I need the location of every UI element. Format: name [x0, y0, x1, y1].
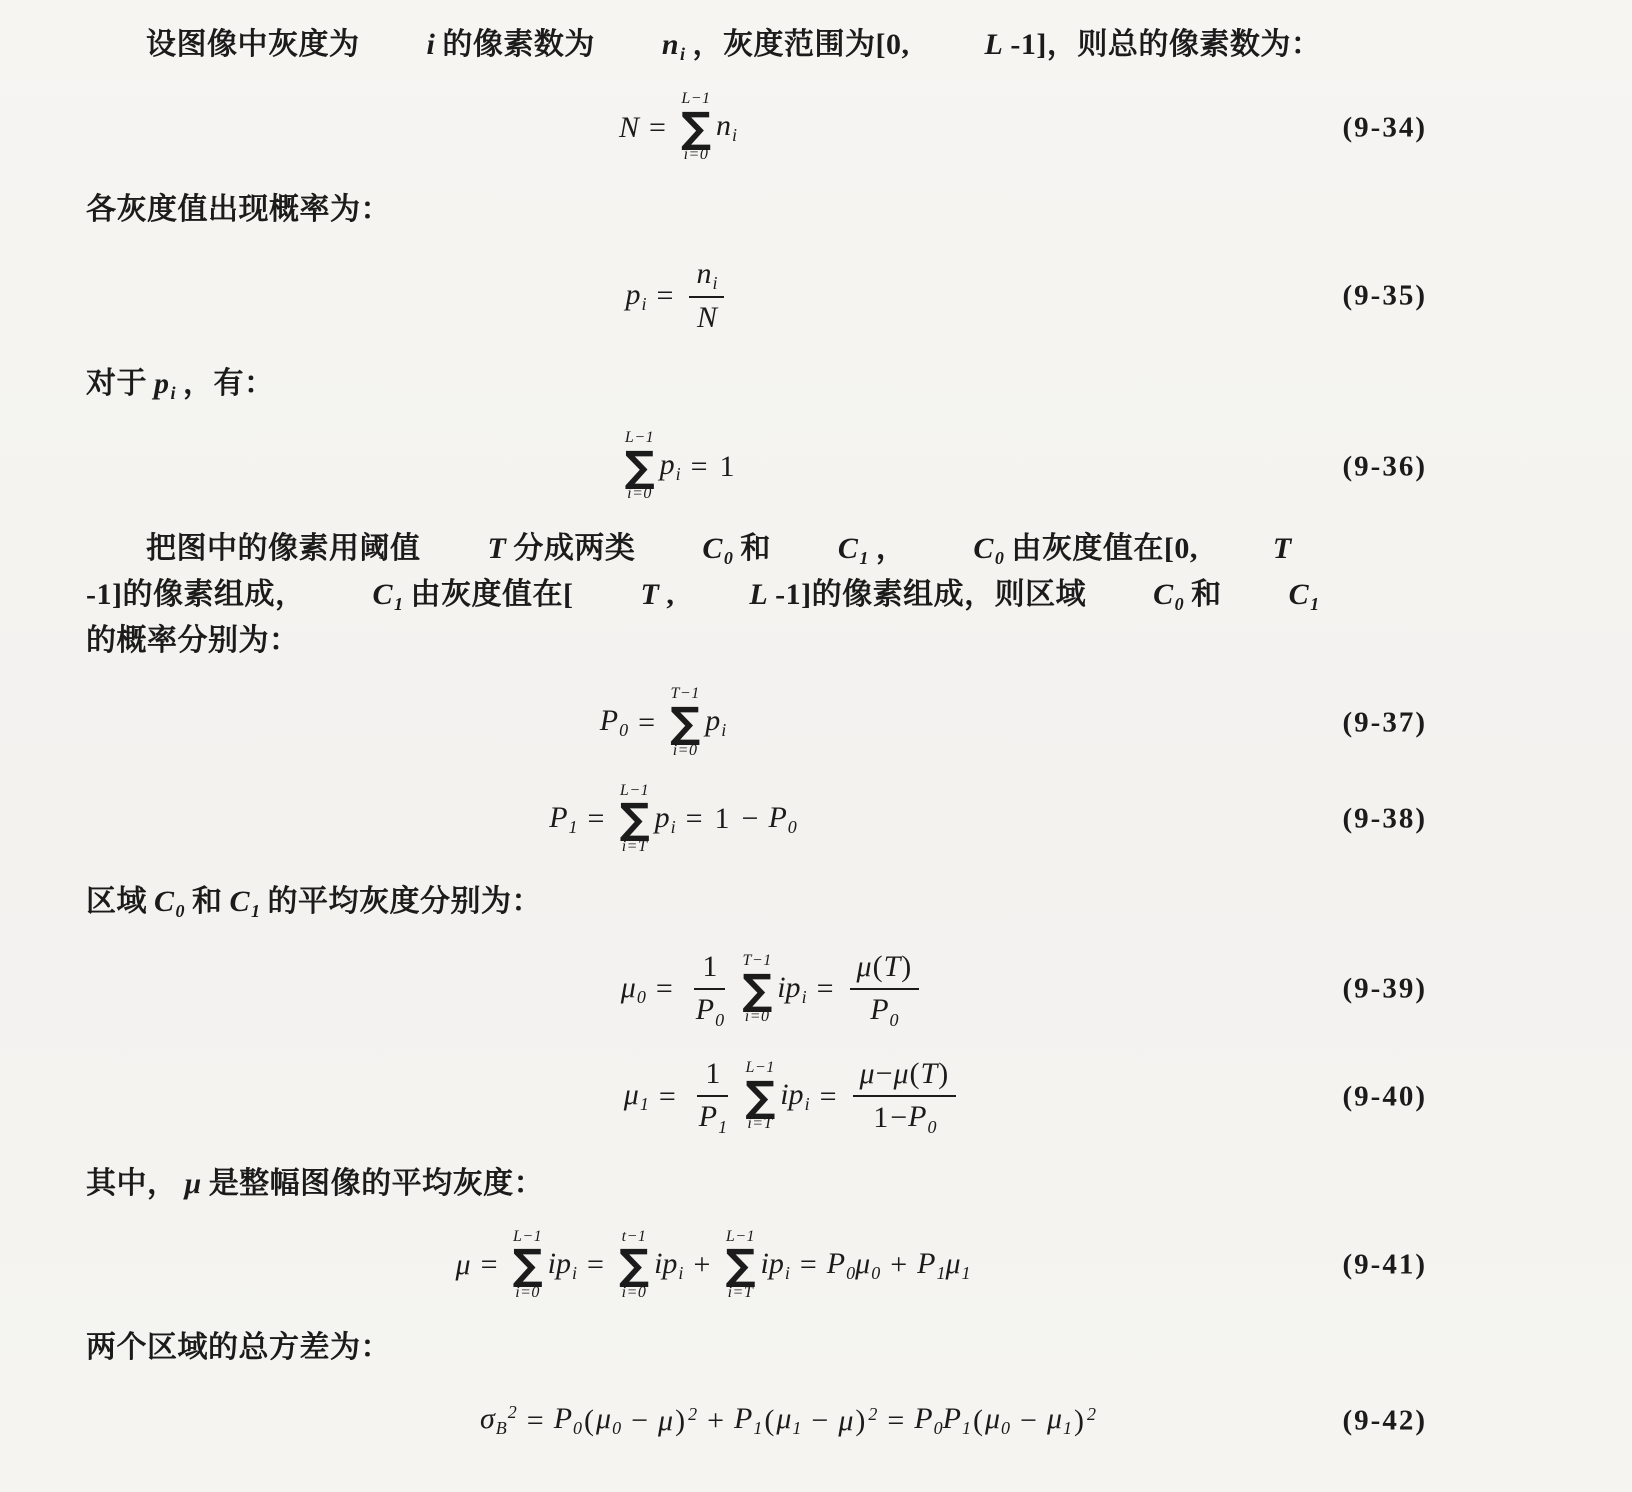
paragraph-overall-mean-intro: 其中，μ是整幅图像的平均灰度：: [84, 1161, 1502, 1206]
text-run: 设图像中灰度为: [146, 28, 360, 61]
summation-symbol: L−1∑i=T: [725, 1228, 755, 1303]
variable-subscript: 1: [962, 1418, 971, 1438]
variable-base: P: [870, 993, 888, 1026]
sigma-icon: ∑: [670, 704, 700, 742]
text-run: =: [817, 972, 834, 1006]
math-variable: 2: [687, 1404, 697, 1438]
superscript: 2: [1087, 1404, 1096, 1424]
math-variable: P1: [549, 801, 577, 838]
math-variable: L: [689, 572, 768, 617]
variable-base: ip: [761, 1247, 784, 1280]
sigma-icon: ∑: [619, 800, 649, 838]
variable-base: μ: [860, 1057, 875, 1090]
text-run: 1: [720, 450, 735, 484]
math-variable: μ: [838, 1404, 853, 1438]
text-run: +: [707, 1404, 724, 1438]
sigma-icon: ∑: [725, 1246, 755, 1284]
equation-row-9-38: P1=L−1∑i=Tpi=1−P0(9-38): [84, 782, 1502, 857]
variable-subscript: i: [676, 464, 681, 484]
sum-lower-limit: i=0: [745, 1008, 770, 1026]
equation-number: (9-42): [1343, 1404, 1427, 1437]
superscript: 2: [868, 1404, 877, 1424]
variable-base: P: [917, 1247, 935, 1280]
variable-base: N: [697, 301, 717, 334]
text-run: =: [887, 1404, 904, 1438]
text-run: ): [901, 947, 911, 988]
math-variable: μ1: [776, 1402, 801, 1439]
variable-base: T: [488, 532, 507, 565]
text-run: 是整幅图像的平均灰度：: [209, 1167, 545, 1200]
equation-row-9-39: μ0=1P0T−1∑i=0ipi=μ(T)P0(9-39): [84, 947, 1502, 1032]
variable-base: C: [1153, 578, 1174, 611]
variable-base: C: [838, 532, 859, 565]
variable-subscript: 0: [1001, 1418, 1010, 1438]
equation-number: (9-36): [1343, 450, 1427, 483]
math-variable: μ: [658, 1404, 673, 1438]
math-variable: pi: [655, 801, 676, 838]
math-variable: μ0: [596, 1402, 621, 1439]
text-run: -1]的像素组成，则区域: [775, 578, 1086, 611]
variable-base: μ: [596, 1402, 611, 1435]
variable-subscript: i: [171, 383, 177, 403]
variable-base: N: [619, 111, 639, 144]
variable-subscript: 0: [871, 1263, 880, 1283]
variable-subscript: 1: [640, 1094, 649, 1114]
variable-base: L: [985, 28, 1004, 61]
text-run: (: [873, 947, 883, 988]
sigma-icon: ∑: [619, 1246, 649, 1284]
equation-row-9-41: μ=L−1∑i=0ipi=t−1∑i=0ipi+L−1∑i=Tipi=P0μ0+…: [84, 1228, 1502, 1303]
math-variable: P1: [943, 1402, 971, 1439]
paragraph-for-pi: 对于pi，有：: [84, 361, 1502, 407]
variable-base: ip: [654, 1247, 677, 1280]
math-variable: P0: [914, 1402, 942, 1439]
variable-subscript: 0: [934, 1418, 943, 1438]
variable-base: P: [696, 993, 714, 1026]
text-run: 1: [873, 1098, 888, 1139]
summation-symbol: L−1∑i=0: [681, 90, 711, 165]
variable-subscript: 0: [573, 1418, 582, 1438]
sum-lower-limit: i=T: [747, 1115, 773, 1133]
math-variable: C1: [312, 572, 403, 618]
variable-base: P: [914, 1402, 932, 1435]
math-variable: μ: [185, 1161, 202, 1206]
variable-base: P: [827, 1247, 845, 1280]
math-variable: ni: [696, 254, 717, 296]
math-variable: P1: [699, 1097, 727, 1139]
fraction-denominator: 1−P0: [865, 1097, 943, 1139]
variable-base: C: [1289, 578, 1310, 611]
variable-base: p: [626, 278, 641, 311]
variable-subscript: i: [680, 44, 686, 64]
fraction: 1P0: [689, 947, 731, 1032]
paragraph-total-variance-intro: 两个区域的总方差为：: [84, 1325, 1502, 1370]
text-run: =: [686, 802, 703, 836]
variable-base: σ: [480, 1402, 495, 1435]
text-run: =: [691, 450, 708, 484]
math-variable: μ1: [1047, 1402, 1072, 1439]
summation-symbol: t−1∑i=0: [619, 1228, 649, 1303]
variable-subscript: i: [805, 1094, 810, 1114]
math-variable: P0: [696, 990, 724, 1032]
text-run: 把图中的像素用阈值: [146, 532, 421, 565]
text-run: 两个区域的总方差为：: [86, 1331, 391, 1364]
fraction: μ−μ(T)1−P0: [853, 1054, 957, 1139]
text-run: −: [876, 1054, 893, 1095]
variable-base: μ: [776, 1402, 791, 1435]
math-variable: P1: [917, 1247, 945, 1284]
equation-row-9-36: L−1∑i=0pi=1(9-36): [84, 429, 1502, 504]
summation-symbol: L−1∑i=T: [745, 1059, 775, 1134]
text-run: =: [820, 1080, 837, 1114]
variable-base: ip: [780, 1078, 803, 1111]
variable-subscript: 0: [724, 548, 734, 568]
variable-base: T: [921, 1057, 938, 1090]
fraction: niN: [689, 254, 724, 339]
text-run: =: [527, 1404, 544, 1438]
variable-base: P: [908, 1100, 926, 1133]
equation-number: (9-35): [1343, 280, 1427, 313]
fraction-numerator: ni: [689, 254, 724, 299]
equation-number: (9-38): [1343, 803, 1427, 836]
variable-subscript: 0: [995, 548, 1005, 568]
variable-base: n: [662, 28, 679, 61]
math-variable: σB2: [480, 1402, 517, 1439]
text-run: ): [675, 1404, 685, 1438]
paragraph-pixel-count-intro: 设图像中灰度为i的像素数为ni，灰度范围为[0, L-1]，则总的像素数为：: [84, 22, 1502, 68]
formula: N=L−1∑i=0ni: [619, 90, 737, 165]
math-variable: T: [581, 572, 660, 617]
variable-base: p: [655, 801, 670, 834]
math-variable: N: [619, 111, 639, 145]
variable-subscript: 0: [176, 901, 186, 921]
text-run: =: [588, 802, 605, 836]
variable-base: p: [660, 448, 675, 481]
sum-lower-limit: i=0: [673, 742, 698, 760]
text-run: 各灰度值出现概率为：: [86, 193, 391, 226]
text-run: =: [656, 972, 673, 1006]
variable-base: P: [734, 1402, 752, 1435]
math-variable: C1: [230, 879, 261, 925]
sigma-icon: ∑: [742, 971, 772, 1009]
formula: L−1∑i=0pi=1: [619, 429, 736, 504]
text-run: 对于: [86, 367, 147, 400]
text-run: =: [649, 111, 666, 145]
text-run: =: [481, 1248, 498, 1282]
math-variable: μ0: [621, 971, 646, 1008]
fraction-denominator: N: [690, 298, 724, 339]
text-run: −: [890, 1098, 907, 1139]
formula: μ0=1P0T−1∑i=0ipi=μ(T)P0: [621, 947, 926, 1032]
fraction-denominator: P0: [689, 990, 731, 1032]
variable-subscript: i: [785, 1263, 790, 1283]
math-variable: C0: [913, 526, 1004, 572]
variable-base: C: [230, 885, 251, 918]
math-variable: ni: [602, 22, 686, 68]
variable-subscript: 1: [251, 901, 261, 921]
math-variable: μ1: [624, 1078, 649, 1115]
math-variable: T: [1213, 526, 1292, 571]
text-run: −: [1020, 1404, 1037, 1438]
variable-subscript: 1: [1310, 594, 1320, 614]
variable-subscript: 0: [927, 1117, 936, 1137]
text-run: (: [764, 1404, 774, 1438]
variable-base: μ: [945, 1247, 960, 1280]
variable-subscript: i: [572, 1263, 577, 1283]
math-variable: pi: [705, 704, 726, 741]
variable-base: C: [372, 578, 393, 611]
math-variable: pi: [660, 448, 681, 485]
text-run: ): [1074, 1404, 1084, 1438]
math-variable: i: [367, 22, 436, 67]
sigma-icon: ∑: [512, 1246, 542, 1284]
text-run: (: [584, 1404, 594, 1438]
math-variable: P1: [734, 1402, 762, 1439]
math-variable: C1: [778, 526, 869, 572]
text-run: 由灰度值在[0,: [1011, 532, 1206, 565]
math-variable: P0: [554, 1402, 582, 1439]
fraction-denominator: P1: [692, 1097, 734, 1139]
variable-subscript: 1: [859, 548, 869, 568]
text-run: =: [638, 706, 655, 740]
math-variable: N: [697, 298, 717, 339]
text-run: −: [811, 1404, 828, 1438]
variable-subscript: 1: [753, 1418, 762, 1438]
equation-row-9-34: N=L−1∑i=0ni(9-34): [84, 90, 1502, 165]
text-run: 的概率分别为：: [86, 624, 300, 657]
equation-row-9-37: P0=T−1∑i=0pi(9-37): [84, 685, 1502, 760]
text-run: 和: [740, 532, 771, 565]
variable-base: μ: [658, 1404, 673, 1437]
text-run: −: [742, 802, 759, 836]
sum-lower-limit: i=0: [515, 1284, 540, 1302]
variable-subscript: i: [678, 1263, 683, 1283]
variable-base: μ: [893, 1057, 908, 1090]
text-run: +: [890, 1248, 907, 1282]
text-run: 的像素数为: [442, 28, 595, 61]
text-run: −: [631, 1404, 648, 1438]
paragraph-probability-intro: 各灰度值出现概率为：: [84, 187, 1502, 232]
text-run: 的平均灰度分别为：: [268, 885, 543, 918]
variable-base: P: [699, 1100, 717, 1133]
math-variable: ipi: [777, 971, 806, 1008]
text-run: 1: [702, 947, 717, 988]
text-run: ，灰度范围为[0,: [693, 28, 918, 61]
variable-base: μ: [855, 1247, 870, 1280]
text-run: +: [693, 1248, 710, 1282]
variable-base: P: [600, 704, 618, 737]
text-run: ，: [876, 532, 907, 565]
text-run: (: [910, 1054, 920, 1095]
equation-row-9-42: σB2=P0(μ0−μ)2+P1(μ1−μ)2=P0P1(μ0−μ1)2(9-4…: [84, 1392, 1502, 1450]
variable-base: C: [973, 532, 994, 565]
summation-symbol: L−1∑i=T: [619, 782, 649, 857]
math-variable: C1: [1229, 572, 1320, 618]
text-run: 其中，: [86, 1167, 178, 1200]
summation-symbol: T−1∑i=0: [670, 685, 700, 760]
variable-subscript: 1: [394, 594, 404, 614]
math-variable: P0: [870, 990, 898, 1032]
variable-base: μ: [621, 971, 636, 1004]
variable-base: i: [427, 28, 436, 61]
variable-base: p: [705, 704, 720, 737]
textbook-page: 设图像中灰度为i的像素数为ni，灰度范围为[0, L-1]，则总的像素数为：N=…: [84, 22, 1502, 1450]
sigma-icon: ∑: [624, 448, 654, 486]
variable-base: P: [549, 801, 567, 834]
text-run: 1: [715, 802, 730, 836]
math-variable: P0: [908, 1097, 936, 1139]
variable-base: ip: [548, 1247, 571, 1280]
variable-subscript: 0: [890, 1010, 899, 1030]
formula: P0=T−1∑i=0pi: [600, 685, 726, 760]
variable-base: μ: [838, 1404, 853, 1437]
variable-base: P: [554, 1402, 572, 1435]
variable-base: C: [702, 532, 723, 565]
math-variable: ipi: [548, 1247, 577, 1284]
variable-base: μ: [857, 950, 872, 983]
sum-lower-limit: i=T: [728, 1284, 754, 1302]
equation-number: (9-37): [1343, 706, 1427, 739]
variable-base: P: [943, 1402, 961, 1435]
text-run: =: [587, 1248, 604, 1282]
variable-subscript: 0: [612, 1418, 621, 1438]
formula: σB2=P0(μ0−μ)2+P1(μ1−μ)2=P0P1(μ0−μ1)2: [480, 1402, 1096, 1439]
fraction-numerator: μ(T): [850, 947, 920, 991]
math-variable: C0: [154, 879, 185, 925]
math-variable: P0: [600, 704, 628, 741]
variable-base: μ: [456, 1248, 471, 1281]
formula: μ1=1P1L−1∑i=Tipi=μ−μ(T)1−P0: [624, 1054, 962, 1139]
sum-lower-limit: i=0: [622, 1284, 647, 1302]
equation-row-9-35: pi=niN(9-35): [84, 254, 1502, 339]
formula: μ=L−1∑i=0ipi=t−1∑i=0ipi+L−1∑i=Tipi=P0μ0+…: [456, 1228, 971, 1303]
text-run: 和: [192, 885, 223, 918]
math-variable: 2: [867, 1404, 877, 1438]
variable-subscript: 1: [569, 817, 578, 837]
variable-subscript: 1: [1063, 1418, 1072, 1438]
math-variable: T: [921, 1054, 938, 1095]
variable-subscript: i: [802, 987, 807, 1007]
formula: P1=L−1∑i=Tpi=1−P0: [549, 782, 797, 857]
fraction-denominator: P0: [863, 990, 905, 1032]
variable-subscript: i: [671, 817, 676, 837]
text-run: 分成两类: [513, 532, 635, 565]
text-run: -1]的像素组成，: [86, 578, 305, 611]
variable-base: T: [884, 950, 901, 983]
text-run: 1: [705, 1054, 720, 1095]
variable-subscript: 1: [962, 1263, 971, 1283]
math-variable: pi: [626, 278, 647, 315]
variable-base: μ: [185, 1167, 202, 1200]
page-content: 设图像中灰度为i的像素数为ni，灰度范围为[0, L-1]，则总的像素数为：N=…: [84, 22, 1502, 1450]
variable-base: T: [641, 578, 660, 611]
variable-subscript: 0: [846, 1263, 855, 1283]
variable-base: T: [1273, 532, 1292, 565]
sigma-icon: ∑: [681, 109, 711, 147]
sigma-icon: ∑: [745, 1078, 775, 1116]
variable-subscript: i: [712, 273, 717, 293]
math-variable: L: [925, 22, 1004, 67]
math-variable: μ: [857, 947, 872, 988]
fraction-numerator: 1: [694, 947, 725, 991]
variable-base: L: [749, 578, 768, 611]
variable-base: C: [154, 885, 175, 918]
text-run: =: [800, 1248, 817, 1282]
text-run: 和: [1191, 578, 1222, 611]
paragraph-mean-gray-intro: 区域C0和C1的平均灰度分别为：: [84, 879, 1502, 925]
superscript: 2: [688, 1404, 697, 1424]
text-run: ): [855, 1404, 865, 1438]
scanned-textbook-page: { "page": { "background": "#f4f3f0", "in…: [0, 0, 1632, 1492]
fraction-numerator: μ−μ(T): [853, 1054, 957, 1098]
math-variable: μ: [893, 1054, 908, 1095]
sum-lower-limit: i=0: [627, 485, 652, 503]
math-variable: μ: [456, 1248, 471, 1282]
variable-subscript: i: [732, 125, 737, 145]
fraction-numerator: 1: [697, 1054, 728, 1098]
math-variable: μ0: [855, 1247, 880, 1284]
text-run: (: [973, 1404, 983, 1438]
math-variable: ipi: [654, 1247, 683, 1284]
math-variable: 2: [1086, 1404, 1096, 1438]
variable-base: p: [154, 367, 170, 400]
math-variable: ipi: [780, 1078, 809, 1115]
equation-number: (9-41): [1343, 1249, 1427, 1282]
variable-subscript: i: [721, 720, 726, 740]
text-run: 区域: [86, 885, 147, 918]
math-variable: ni: [716, 109, 737, 146]
paragraph-threshold-classes: 把图中的像素用阈值T分成两类C0和C1，C0由灰度值在[0, T-1]的像素组成…: [84, 526, 1502, 664]
variable-subscript: 0: [619, 720, 628, 740]
math-variable: C0: [642, 526, 733, 572]
math-variable: pi: [154, 361, 176, 407]
fraction: μ(T)P0: [850, 947, 920, 1032]
variable-base: ip: [777, 971, 800, 1004]
variable-base: P: [768, 801, 786, 834]
variable-subscript: i: [642, 294, 647, 314]
variable-subscript: 0: [637, 987, 646, 1007]
variable-subscript: 0: [788, 817, 797, 837]
formula: pi=niN: [626, 254, 731, 339]
math-variable: μ1: [945, 1247, 970, 1284]
math-variable: P0: [768, 801, 796, 838]
variable-base: n: [716, 109, 731, 142]
math-variable: C0: [1093, 572, 1184, 618]
variable-subscript: 1: [718, 1117, 727, 1137]
math-variable: ipi: [761, 1247, 790, 1284]
text-run: ，有：: [183, 367, 275, 400]
math-variable: T: [884, 947, 901, 988]
variable-subscript: 0: [1175, 594, 1185, 614]
variable-subscript: 1: [792, 1418, 801, 1438]
equation-number: (9-40): [1343, 1080, 1427, 1113]
summation-symbol: L−1∑i=0: [512, 1228, 542, 1303]
variable-superscript: 2: [508, 1402, 517, 1422]
summation-symbol: L−1∑i=0: [624, 429, 654, 504]
summation-symbol: T−1∑i=0: [742, 952, 772, 1027]
fraction: 1P1: [692, 1054, 734, 1139]
variable-base: μ: [985, 1402, 1000, 1435]
text-run: =: [659, 1080, 676, 1114]
equation-number: (9-39): [1343, 973, 1427, 1006]
variable-subscript: 0: [715, 1010, 724, 1030]
equation-row-9-40: μ1=1P1L−1∑i=Tipi=μ−μ(T)1−P0(9-40): [84, 1054, 1502, 1139]
equation-number: (9-34): [1343, 111, 1427, 144]
sum-lower-limit: i=0: [684, 146, 709, 164]
math-variable: μ: [860, 1054, 875, 1095]
text-run: ,: [666, 578, 682, 611]
text-run: ): [938, 1054, 948, 1095]
